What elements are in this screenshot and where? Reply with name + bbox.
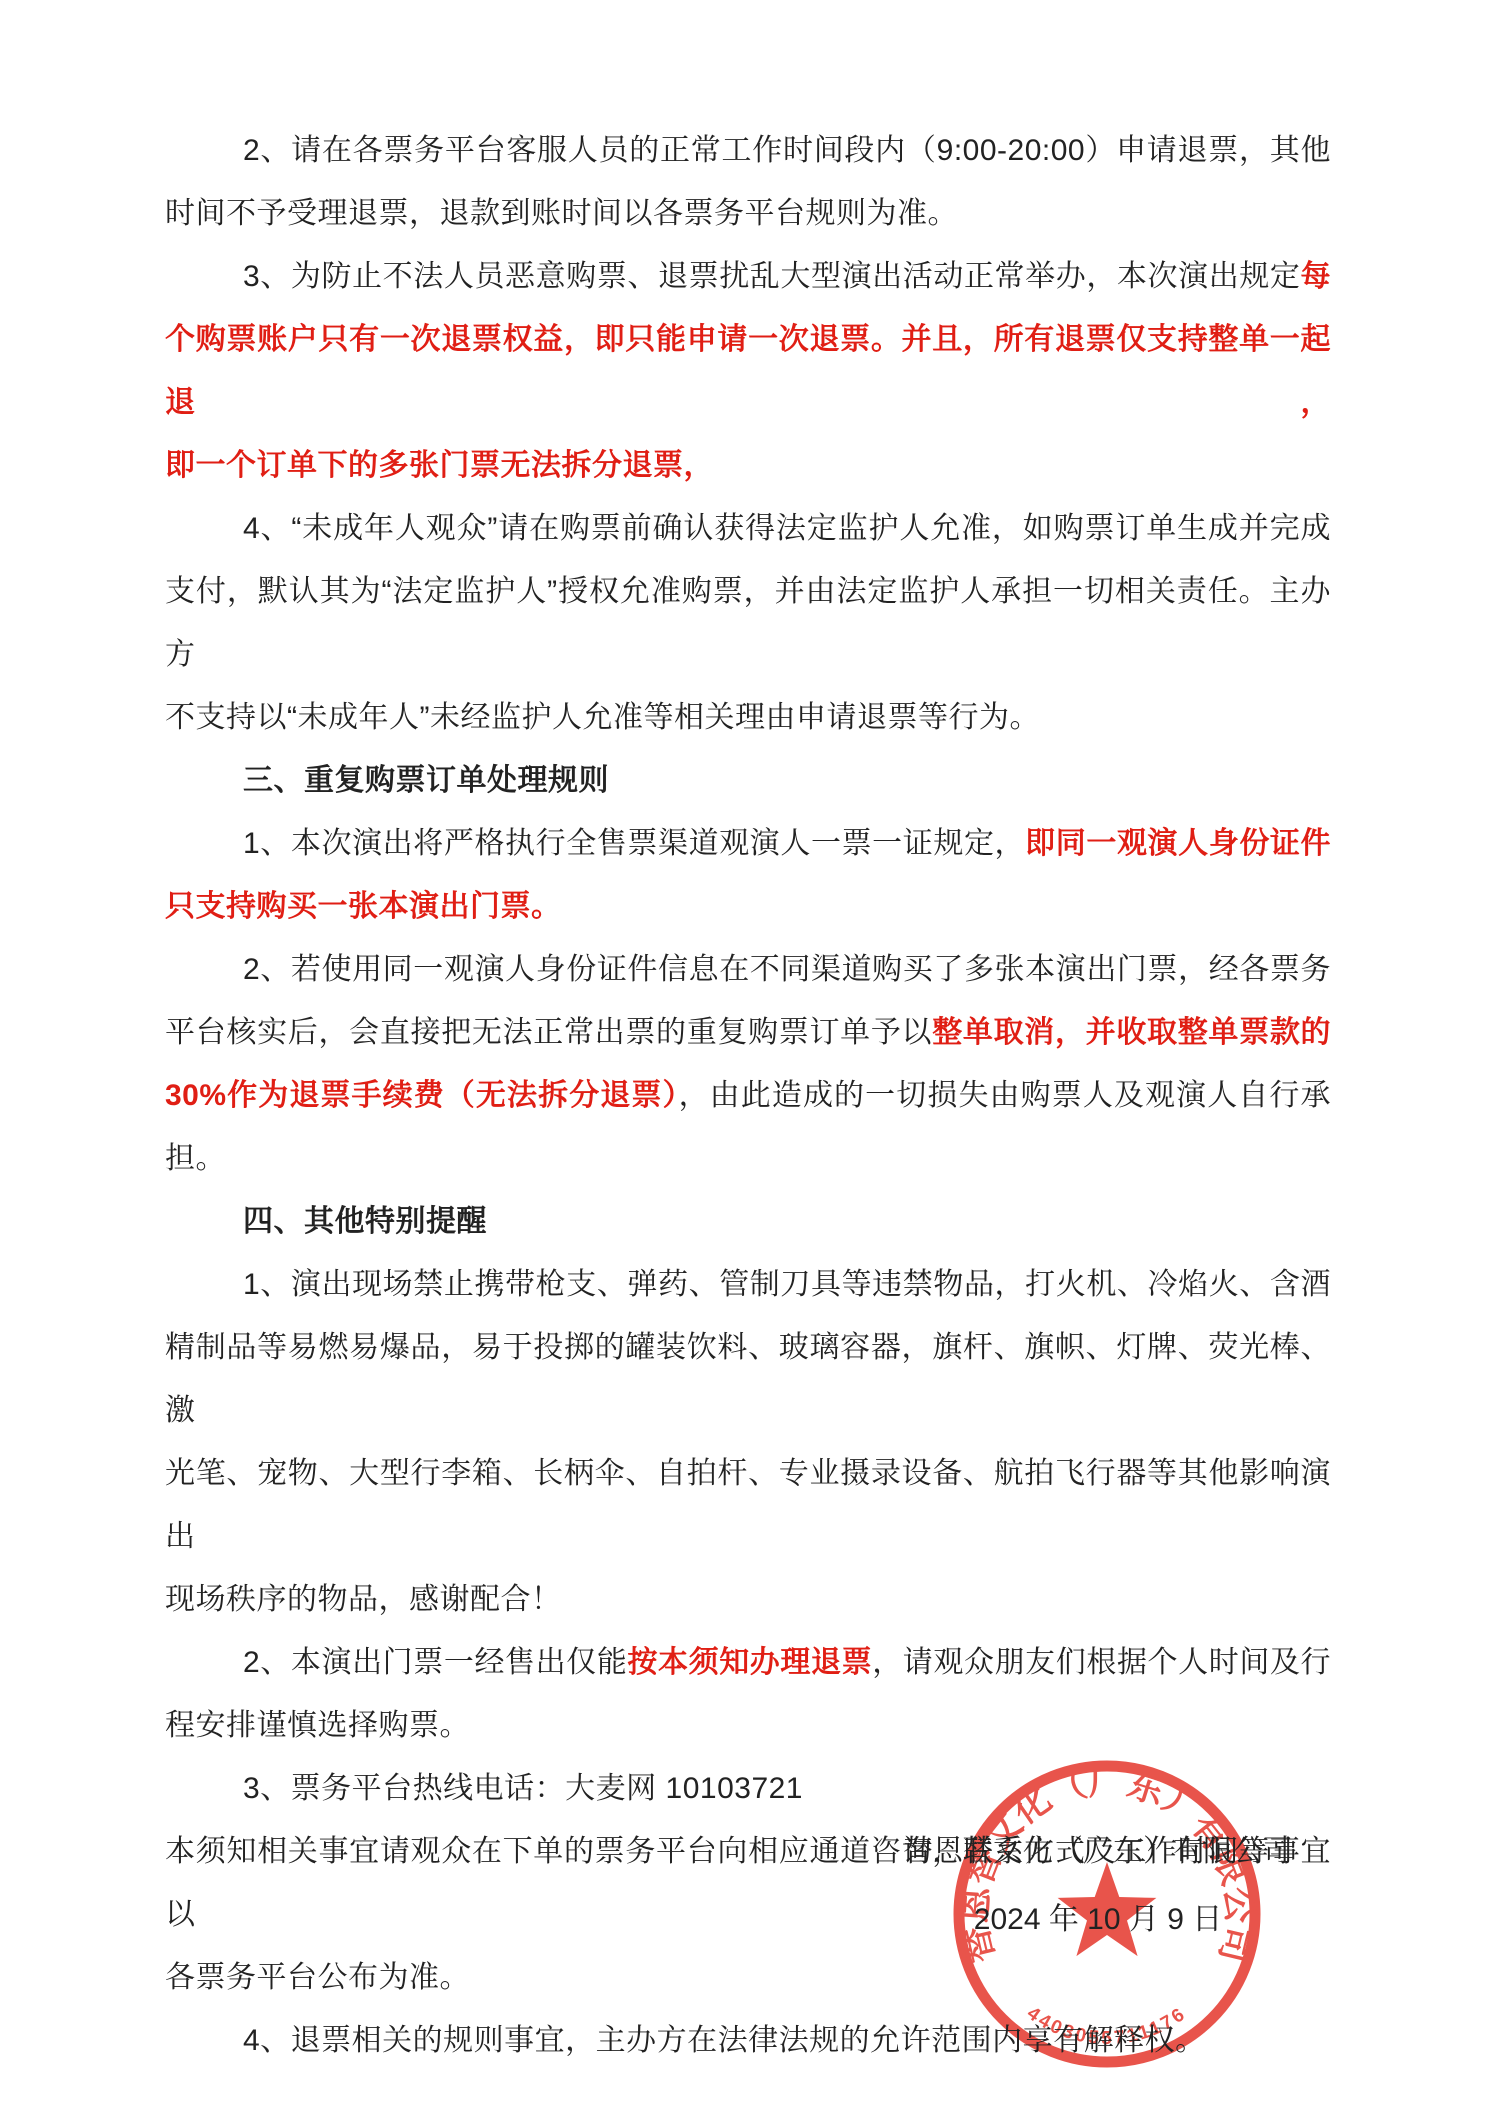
signature-date: 2024 年 10 月 9 日	[903, 1886, 1293, 1954]
text-segment-red: 整单取消，并收取整单票款的	[932, 1016, 1331, 1049]
text-segment-normal: 不支持以“未成年人”未经监护人允准等相关理由申请退票等行为。	[165, 701, 1040, 734]
document-line: 2、若使用同一观演人身份证件信息在不同渠道购买了多张本演出门票，经各票务	[165, 938, 1331, 1001]
text-segment-normal: 4、“未成年人观众”请在购票前确认获得法定监护人允准，如购票订单生成并完成	[243, 512, 1331, 545]
signature-company: 替恩替文化（广东）有限公司	[903, 1818, 1293, 1886]
document-line: 担。	[165, 1127, 1331, 1190]
text-segment-normal: 光笔、宠物、大型行李箱、长柄伞、自拍杆、专业摄录设备、航拍飞行器等其他影响演出	[165, 1457, 1331, 1553]
document-line: 4、“未成年人观众”请在购票前确认获得法定监护人允准，如购票订单生成并完成	[165, 497, 1331, 560]
text-segment-red: 每	[1301, 260, 1332, 293]
document-lines: 2、请在各票务平台客服人员的正常工作时间段内（9:00-20:00）申请退票，其…	[165, 119, 1331, 2072]
text-segment-normal: ，由此造成的一切损失由购票人及观演人自行承	[679, 1079, 1331, 1112]
text-segment-red: 30%作为退票手续费（无法拆分退票）	[165, 1079, 679, 1112]
text-segment-normal: 程安排谨慎选择购票。	[165, 1709, 470, 1742]
document-line: 即一个订单下的多张门票无法拆分退票，	[165, 434, 1331, 497]
document-line: 四、其他特别提醒	[165, 1190, 1331, 1253]
text-segment-normal: 各票务平台公布为准。	[165, 1961, 470, 1994]
document-line: 3、票务平台热线电话：大麦网 10103721	[165, 1757, 1331, 1820]
document-line: 4、退票相关的规则事宜，主办方在法律法规的允许范围内享有解释权。	[165, 2009, 1331, 2072]
text-segment-red: 即同一观演人身份证件	[1025, 827, 1331, 860]
text-segment-normal: 2、请在各票务平台客服人员的正常工作时间段内（9:00-20:00）申请退票，其…	[243, 134, 1331, 167]
document-line: 1、本次演出将严格执行全售票渠道观演人一票一证规定，即同一观演人身份证件	[165, 812, 1331, 875]
document-line: 支付，默认其为“法定监护人”授权允准购票，并由法定监护人承担一切相关责任。主办方	[165, 560, 1331, 686]
text-segment-normal: ，请观众朋友们根据个人时间及行	[872, 1646, 1331, 1679]
document-line: 2、本演出门票一经售出仅能按本须知办理退票，请观众朋友们根据个人时间及行	[165, 1631, 1331, 1694]
document-line: 3、为防止不法人员恶意购票、退票扰乱大型演出活动正常举办，本次演出规定每	[165, 245, 1331, 308]
document-line: 程安排谨慎选择购票。	[165, 1694, 1331, 1757]
text-segment-normal: 精制品等易燃易爆品，易于投掷的罐装饮料、玻璃容器，旗杆、旗帜、灯牌、荧光棒、激	[165, 1331, 1331, 1427]
document-line: 三、重复购票订单处理规则	[165, 749, 1331, 812]
text-segment-bold: 四、其他特别提醒	[243, 1205, 487, 1238]
text-segment-normal: 现场秩序的物品，感谢配合！	[165, 1583, 562, 1616]
text-segment-red: 按本须知办理退票	[627, 1646, 872, 1679]
document-line: 个购票账户只有一次退票权益，即只能申请一次退票。并且，所有退票仅支持整单一起退，	[165, 308, 1331, 434]
text-segment-normal: 1、本次演出将严格执行全售票渠道观演人一票一证规定，	[243, 827, 1025, 860]
document-line: 平台核实后，会直接把无法正常出票的重复购票订单予以整单取消，并收取整单票款的	[165, 1001, 1331, 1064]
signature-block: 替恩替文化（广东）有限公司 2024 年 10 月 9 日	[903, 1818, 1293, 1954]
document-line: 1、演出现场禁止携带枪支、弹药、管制刀具等违禁物品，打火机、冷焰火、含酒	[165, 1253, 1331, 1316]
text-segment-normal: 平台核实后，会直接把无法正常出票的重复购票订单予以	[165, 1016, 932, 1049]
document-page: 2、请在各票务平台客服人员的正常工作时间段内（9:00-20:00）申请退票，其…	[0, 0, 1500, 2121]
text-segment-red: 个购票账户只有一次退票权益，即只能申请一次退票。并且，所有退票仅支持整单一起退，	[165, 323, 1331, 419]
text-segment-red: 只支持购买一张本演出门票。	[165, 890, 562, 923]
document-line: 只支持购买一张本演出门票。	[165, 875, 1331, 938]
text-segment-normal: 时间不予受理退票，退款到账时间以各票务平台规则为准。	[165, 197, 958, 230]
document-line: 时间不予受理退票，退款到账时间以各票务平台规则为准。	[165, 182, 1331, 245]
text-segment-normal: 支付，默认其为“法定监护人”授权允准购票，并由法定监护人承担一切相关责任。主办方	[165, 575, 1331, 671]
document-line: 光笔、宠物、大型行李箱、长柄伞、自拍杆、专业摄录设备、航拍飞行器等其他影响演出	[165, 1442, 1331, 1568]
text-segment-bold: 三、重复购票订单处理规则	[243, 764, 609, 797]
document-line: 现场秩序的物品，感谢配合！	[165, 1568, 1331, 1631]
text-segment-normal: 3、票务平台热线电话：大麦网 10103721	[243, 1772, 803, 1805]
text-segment-normal: 4、退票相关的规则事宜，主办方在法律法规的允许范围内享有解释权。	[243, 2024, 1206, 2057]
text-segment-red: 即一个订单下的多张门票无法拆分退票，	[165, 449, 714, 482]
text-segment-normal: 担。	[165, 1142, 226, 1175]
document-line: 30%作为退票手续费（无法拆分退票），由此造成的一切损失由购票人及观演人自行承	[165, 1064, 1331, 1127]
document-line: 2、请在各票务平台客服人员的正常工作时间段内（9:00-20:00）申请退票，其…	[165, 119, 1331, 182]
document-line: 各票务平台公布为准。	[165, 1946, 1331, 2009]
text-segment-normal: 3、为防止不法人员恶意购票、退票扰乱大型演出活动正常举办，本次演出规定	[243, 260, 1301, 293]
text-segment-normal: 2、本演出门票一经售出仅能	[243, 1646, 627, 1679]
text-segment-normal: 1、演出现场禁止携带枪支、弹药、管制刀具等违禁物品，打火机、冷焰火、含酒	[243, 1268, 1331, 1301]
document-line: 不支持以“未成年人”未经监护人允准等相关理由申请退票等行为。	[165, 686, 1331, 749]
text-segment-normal: 2、若使用同一观演人身份证件信息在不同渠道购买了多张本演出门票，经各票务	[243, 953, 1331, 986]
document-line: 精制品等易燃易爆品，易于投掷的罐装饮料、玻璃容器，旗杆、旗帜、灯牌、荧光棒、激	[165, 1316, 1331, 1442]
